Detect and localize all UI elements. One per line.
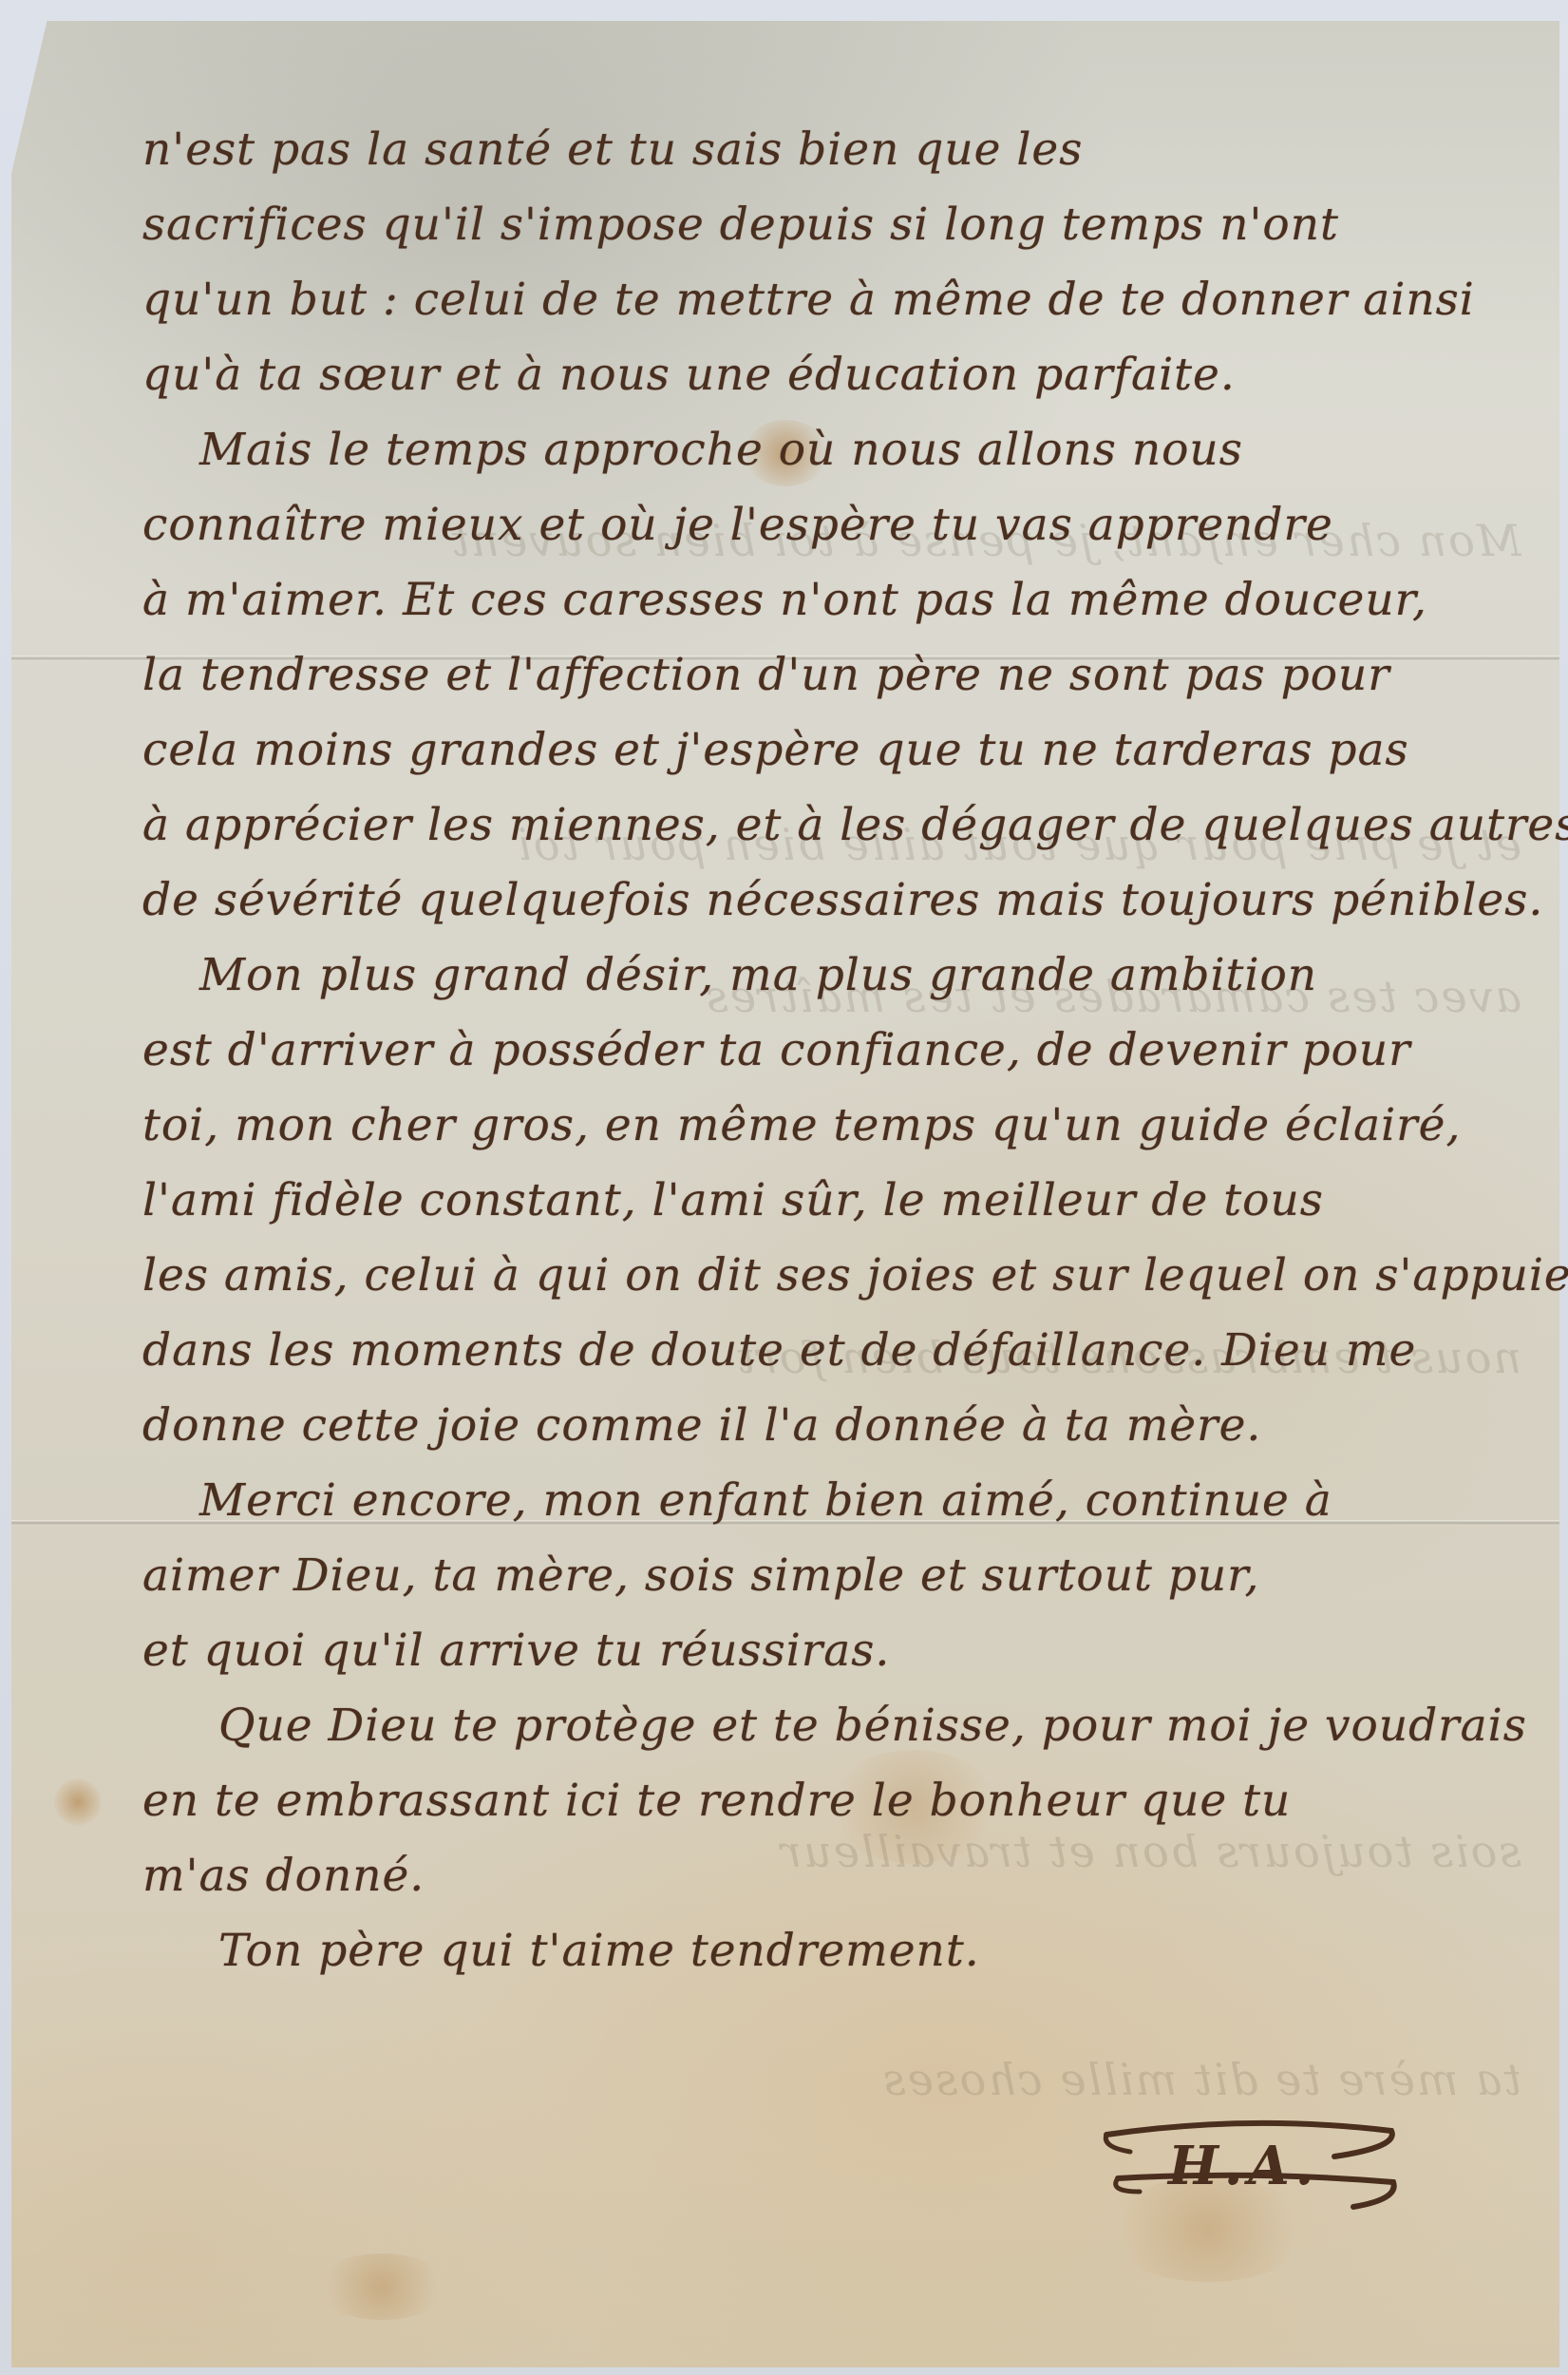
foxing-stain xyxy=(315,2253,448,2320)
text-line: à apprécier les miennes, et à les dégage… xyxy=(142,788,1520,863)
text-line-paragraph-start: Que Dieu te protège et te bénisse, pour … xyxy=(142,1688,1520,1763)
text-line: toi, mon cher gros, en même temps qu'un … xyxy=(142,1088,1520,1163)
text-line: donne cette joie comme il l'a donnée à t… xyxy=(142,1388,1520,1463)
text-line: qu'à ta sœur et à nous une éducation par… xyxy=(142,337,1520,412)
text-line: à m'aimer. Et ces caresses n'ont pas la … xyxy=(142,562,1520,637)
text-line-paragraph-start: Mon plus grand désir, ma plus grande amb… xyxy=(142,938,1520,1013)
text-line: sacrifices qu'il s'impose depuis si long… xyxy=(142,187,1520,262)
text-line: en te embrassant ici te rendre le bonheu… xyxy=(142,1763,1520,1838)
closing-line: Ton père qui t'aime tendrement. xyxy=(142,1913,1520,1988)
text-line: la tendresse et l'affection d'un père ne… xyxy=(142,637,1520,712)
text-line: de sévérité quelquefois nécessaires mais… xyxy=(142,863,1520,938)
text-line: dans les moments de doute et de défailla… xyxy=(142,1313,1520,1388)
text-line-paragraph-start: Mais le temps approche où nous allons no… xyxy=(142,412,1520,487)
text-line-paragraph-start: Merci encore, mon enfant bien aimé, cont… xyxy=(142,1463,1520,1538)
text-line: les amis, celui à qui on dit ses joies e… xyxy=(142,1238,1520,1313)
text-line: l'ami fidèle constant, l'ami sûr, le mei… xyxy=(142,1163,1520,1238)
text-line: aimer Dieu, ta mère, sois simple et surt… xyxy=(142,1538,1520,1613)
text-line: et quoi qu'il arrive tu réussiras. xyxy=(142,1613,1520,1688)
text-line: connaître mieux et où je l'espère tu vas… xyxy=(142,487,1520,562)
signature: H.A. xyxy=(1097,2104,1410,2228)
foxing-stain xyxy=(54,1778,102,1826)
text-line: qu'un but : celui de te mettre à même de… xyxy=(142,262,1520,337)
ink-bleed-through: ta mère te dit mille choses xyxy=(49,2054,1521,2105)
text-line: cela moins grandes et j'espère que tu ne… xyxy=(142,712,1520,788)
letter-body: n'est pas la santé et tu sais bien que l… xyxy=(142,112,1520,1988)
text-line: m'as donné. xyxy=(142,1838,1520,1913)
text-line: est d'arriver à posséder ta confiance, d… xyxy=(142,1013,1520,1088)
signature-initials: H.A. xyxy=(1168,2135,1319,2197)
text-line: n'est pas la santé et tu sais bien que l… xyxy=(142,112,1520,187)
